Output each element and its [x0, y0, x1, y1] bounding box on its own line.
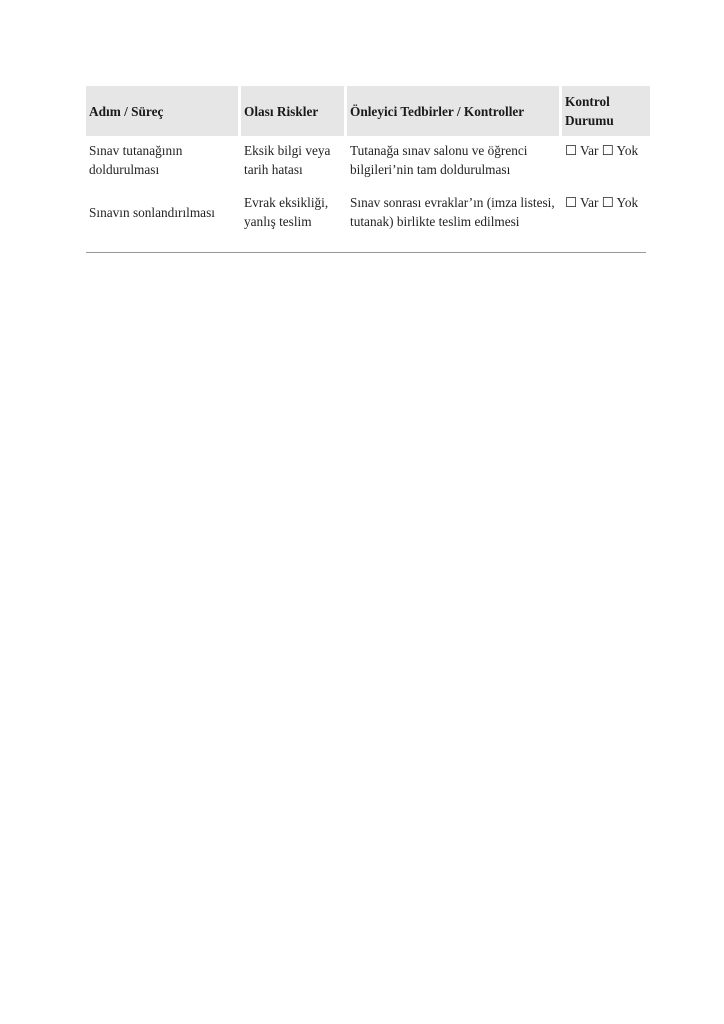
- header-control-status: Kontrol Durumu: [562, 86, 650, 136]
- table-row: Sınav tutanağının doldurulması Eksik bil…: [86, 136, 650, 193]
- cell-step: Sınav tutanağının doldurulması: [86, 136, 238, 193]
- cell-risk: Eksik bilgi veya tarih hatası: [241, 136, 344, 193]
- cell-step: Sınavın sonlandırılması: [86, 193, 238, 237]
- checkbox-var[interactable]: ☐ Var: [565, 193, 598, 212]
- header-risks: Olası Riskler: [241, 86, 344, 136]
- cell-measure: Sınav sonrası evraklar’ın (imza listesi,…: [347, 193, 559, 237]
- checkbox-var[interactable]: ☐ Var: [565, 141, 598, 160]
- checkbox-yok[interactable]: ☐ Yok: [602, 193, 638, 212]
- risk-control-table: Adım / Süreç Olası Riskler Önleyici Tedb…: [83, 86, 653, 237]
- header-step: Adım / Süreç: [86, 86, 238, 136]
- table-bottom-rule: [86, 252, 646, 253]
- table-row: Sınavın sonlandırılması Evrak eksikliği,…: [86, 193, 650, 237]
- cell-status: ☐ Var ☐ Yok: [562, 136, 650, 193]
- cell-status: ☐ Var ☐ Yok: [562, 193, 650, 237]
- table-header-row: Adım / Süreç Olası Riskler Önleyici Tedb…: [86, 86, 650, 136]
- cell-risk: Evrak eksikliği, yanlış teslim: [241, 193, 344, 237]
- header-measures: Önleyici Tedbirler / Kontroller: [347, 86, 559, 136]
- checkbox-yok[interactable]: ☐ Yok: [602, 141, 638, 160]
- risk-control-table-container: Adım / Süreç Olası Riskler Önleyici Tedb…: [86, 86, 646, 237]
- cell-measure: Tutanağa sınav salonu ve öğrenci bilgile…: [347, 136, 559, 193]
